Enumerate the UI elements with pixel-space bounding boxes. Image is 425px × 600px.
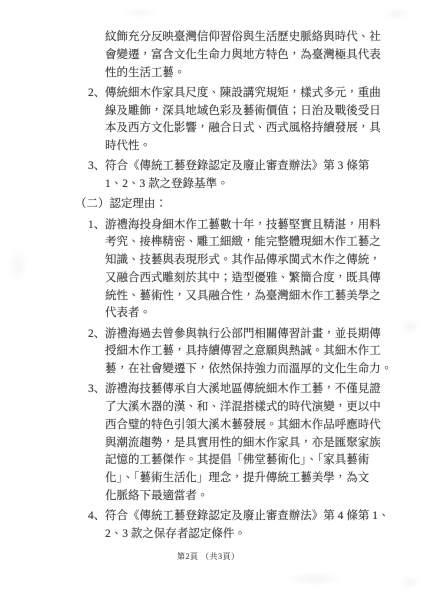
text-line: 線及雕飾，深具地域色彩及藝術價值；日治及戰後受日 xyxy=(105,103,425,121)
page-footer: 第2頁 （共3頁） xyxy=(177,551,240,563)
text-line: 統性、藝術性，又具融合性，為臺灣細木作工藝美學之 xyxy=(105,288,425,306)
document-page: 紋飾充分反映臺灣信仰習俗與生活歷史脈絡與時代、社會變遷，富含文化生命力與地方特色… xyxy=(0,0,425,600)
text-line: 與潮流趨勢，是具實用性的細木作家具，亦是匯聚家族 xyxy=(105,435,425,453)
text-line: 化脈絡下最適當者。 xyxy=(105,488,425,506)
text-line: （二）認定理由： xyxy=(75,196,425,214)
scan-artifact xyxy=(398,575,420,589)
text-line: 又融合西式雕刻於其中；造型優雅、繁簡合度，既具傳 xyxy=(105,270,425,288)
document-body: 紋飾充分反映臺灣信仰習俗與生活歷史脈絡與時代、社會變遷，富含文化生命力與地方特色… xyxy=(0,29,425,544)
text-line: 會變遷，富含文化生命力與地方特色，為臺灣極具代表 xyxy=(105,47,425,65)
paragraph: 紋飾充分反映臺灣信仰習俗與生活歷史脈絡與時代、社會變遷，富含文化生命力與地方特色… xyxy=(0,29,425,82)
text-line: 符合《傳統工藝登錄認定及廢止審查辦法》第 3 條第 xyxy=(105,158,425,176)
numbered-item: 2、游禮海過去曾參與執行公部門相關傳習計畫，並長期傳授細木作工藝，具持續傳習之意… xyxy=(0,326,425,379)
scan-artifact xyxy=(383,8,411,20)
scan-artifact xyxy=(120,8,160,18)
item-marker: 2、 xyxy=(88,326,105,344)
text-line: 藝，在社會變遷下，依然保持強力而溫厚的文化生命力。 xyxy=(105,361,425,379)
numbered-item: 2、傳統細木作家具尺度、陳設講究規矩，樣式多元，重曲線及雕飾，深具地域色彩及藝術… xyxy=(0,85,425,156)
scan-artifact xyxy=(285,572,345,586)
text-line: 紋飾充分反映臺灣信仰習俗與生活歷史脈絡與時代、社 xyxy=(105,29,425,47)
text-line: 性的生活工藝。 xyxy=(105,65,425,83)
text-line: 時代性。 xyxy=(105,138,425,156)
text-line: 代表者。 xyxy=(105,305,425,323)
text-line: 知識、技藝與表現形式。其作品傳承閩式木作之傳統， xyxy=(105,252,425,270)
text-line: 授細木作工藝，具持續傳習之意願與熱誠。其細木作工 xyxy=(105,343,425,361)
item-marker: 3、 xyxy=(88,381,105,399)
text-line: 考究、接榫精密、雕工細緻，能完整體現細木作工藝之 xyxy=(105,234,425,252)
text-line: 本及西方文化影響，融合日式、西式風格持續發展，具 xyxy=(105,120,425,138)
item-marker: 4、 xyxy=(88,508,105,526)
item-marker: 3、 xyxy=(88,158,105,176)
text-line: 化」、「藝術生活化」理念，提升傳統工藝美學，為文 xyxy=(105,470,425,488)
numbered-item: 4、符合《傳統工藝登錄認定及廢止審查辦法》第 4 條第 1、2、3 款之保存者認… xyxy=(0,508,425,544)
item-marker: 1、 xyxy=(88,217,105,235)
text-line: 游禮海投身細木作工藝數十年，技藝堅實且精湛，用料 xyxy=(105,217,425,235)
text-line: 傳統細木作家具尺度、陳設講究規矩，樣式多元，重曲 xyxy=(105,85,425,103)
text-line: 了大溪木器的漢、和、洋混搭樣式的時代演變，更以中 xyxy=(105,399,425,417)
text-line: 記憶的工藝傑作。其提倡「佛堂藝術化」、「家具藝術 xyxy=(105,452,425,470)
numbered-item: 1、游禮海投身細木作工藝數十年，技藝堅實且精湛，用料考究、接榫精密、雕工細緻，能… xyxy=(0,217,425,324)
text-line: 符合《傳統工藝登錄認定及廢止審查辦法》第 4 條第 1、 xyxy=(105,508,425,526)
text-line: 游禮海過去曾參與執行公部門相關傳習計畫，並長期傳 xyxy=(105,326,425,344)
text-line: 西合璧的特色引領大溪木藝發展。其細木作品呼應時代 xyxy=(105,417,425,435)
numbered-item: 3、游禮海技藝傳承自大溪地區傳統細木作工藝，不僅見證了大溪木器的漢、和、洋混搭樣… xyxy=(0,381,425,505)
numbered-item: 3、符合《傳統工藝登錄認定及廢止審查辦法》第 3 條第1、2、3 款之登錄基準。 xyxy=(0,158,425,194)
text-line: 2、3 款之保存者認定條件。 xyxy=(105,526,425,544)
text-line: 1、2、3 款之登錄基準。 xyxy=(105,176,425,194)
section-heading: （二）認定理由： xyxy=(0,196,425,214)
item-marker: 2、 xyxy=(88,85,105,103)
text-line: 游禮海技藝傳承自大溪地區傳統細木作工藝，不僅見證 xyxy=(105,381,425,399)
